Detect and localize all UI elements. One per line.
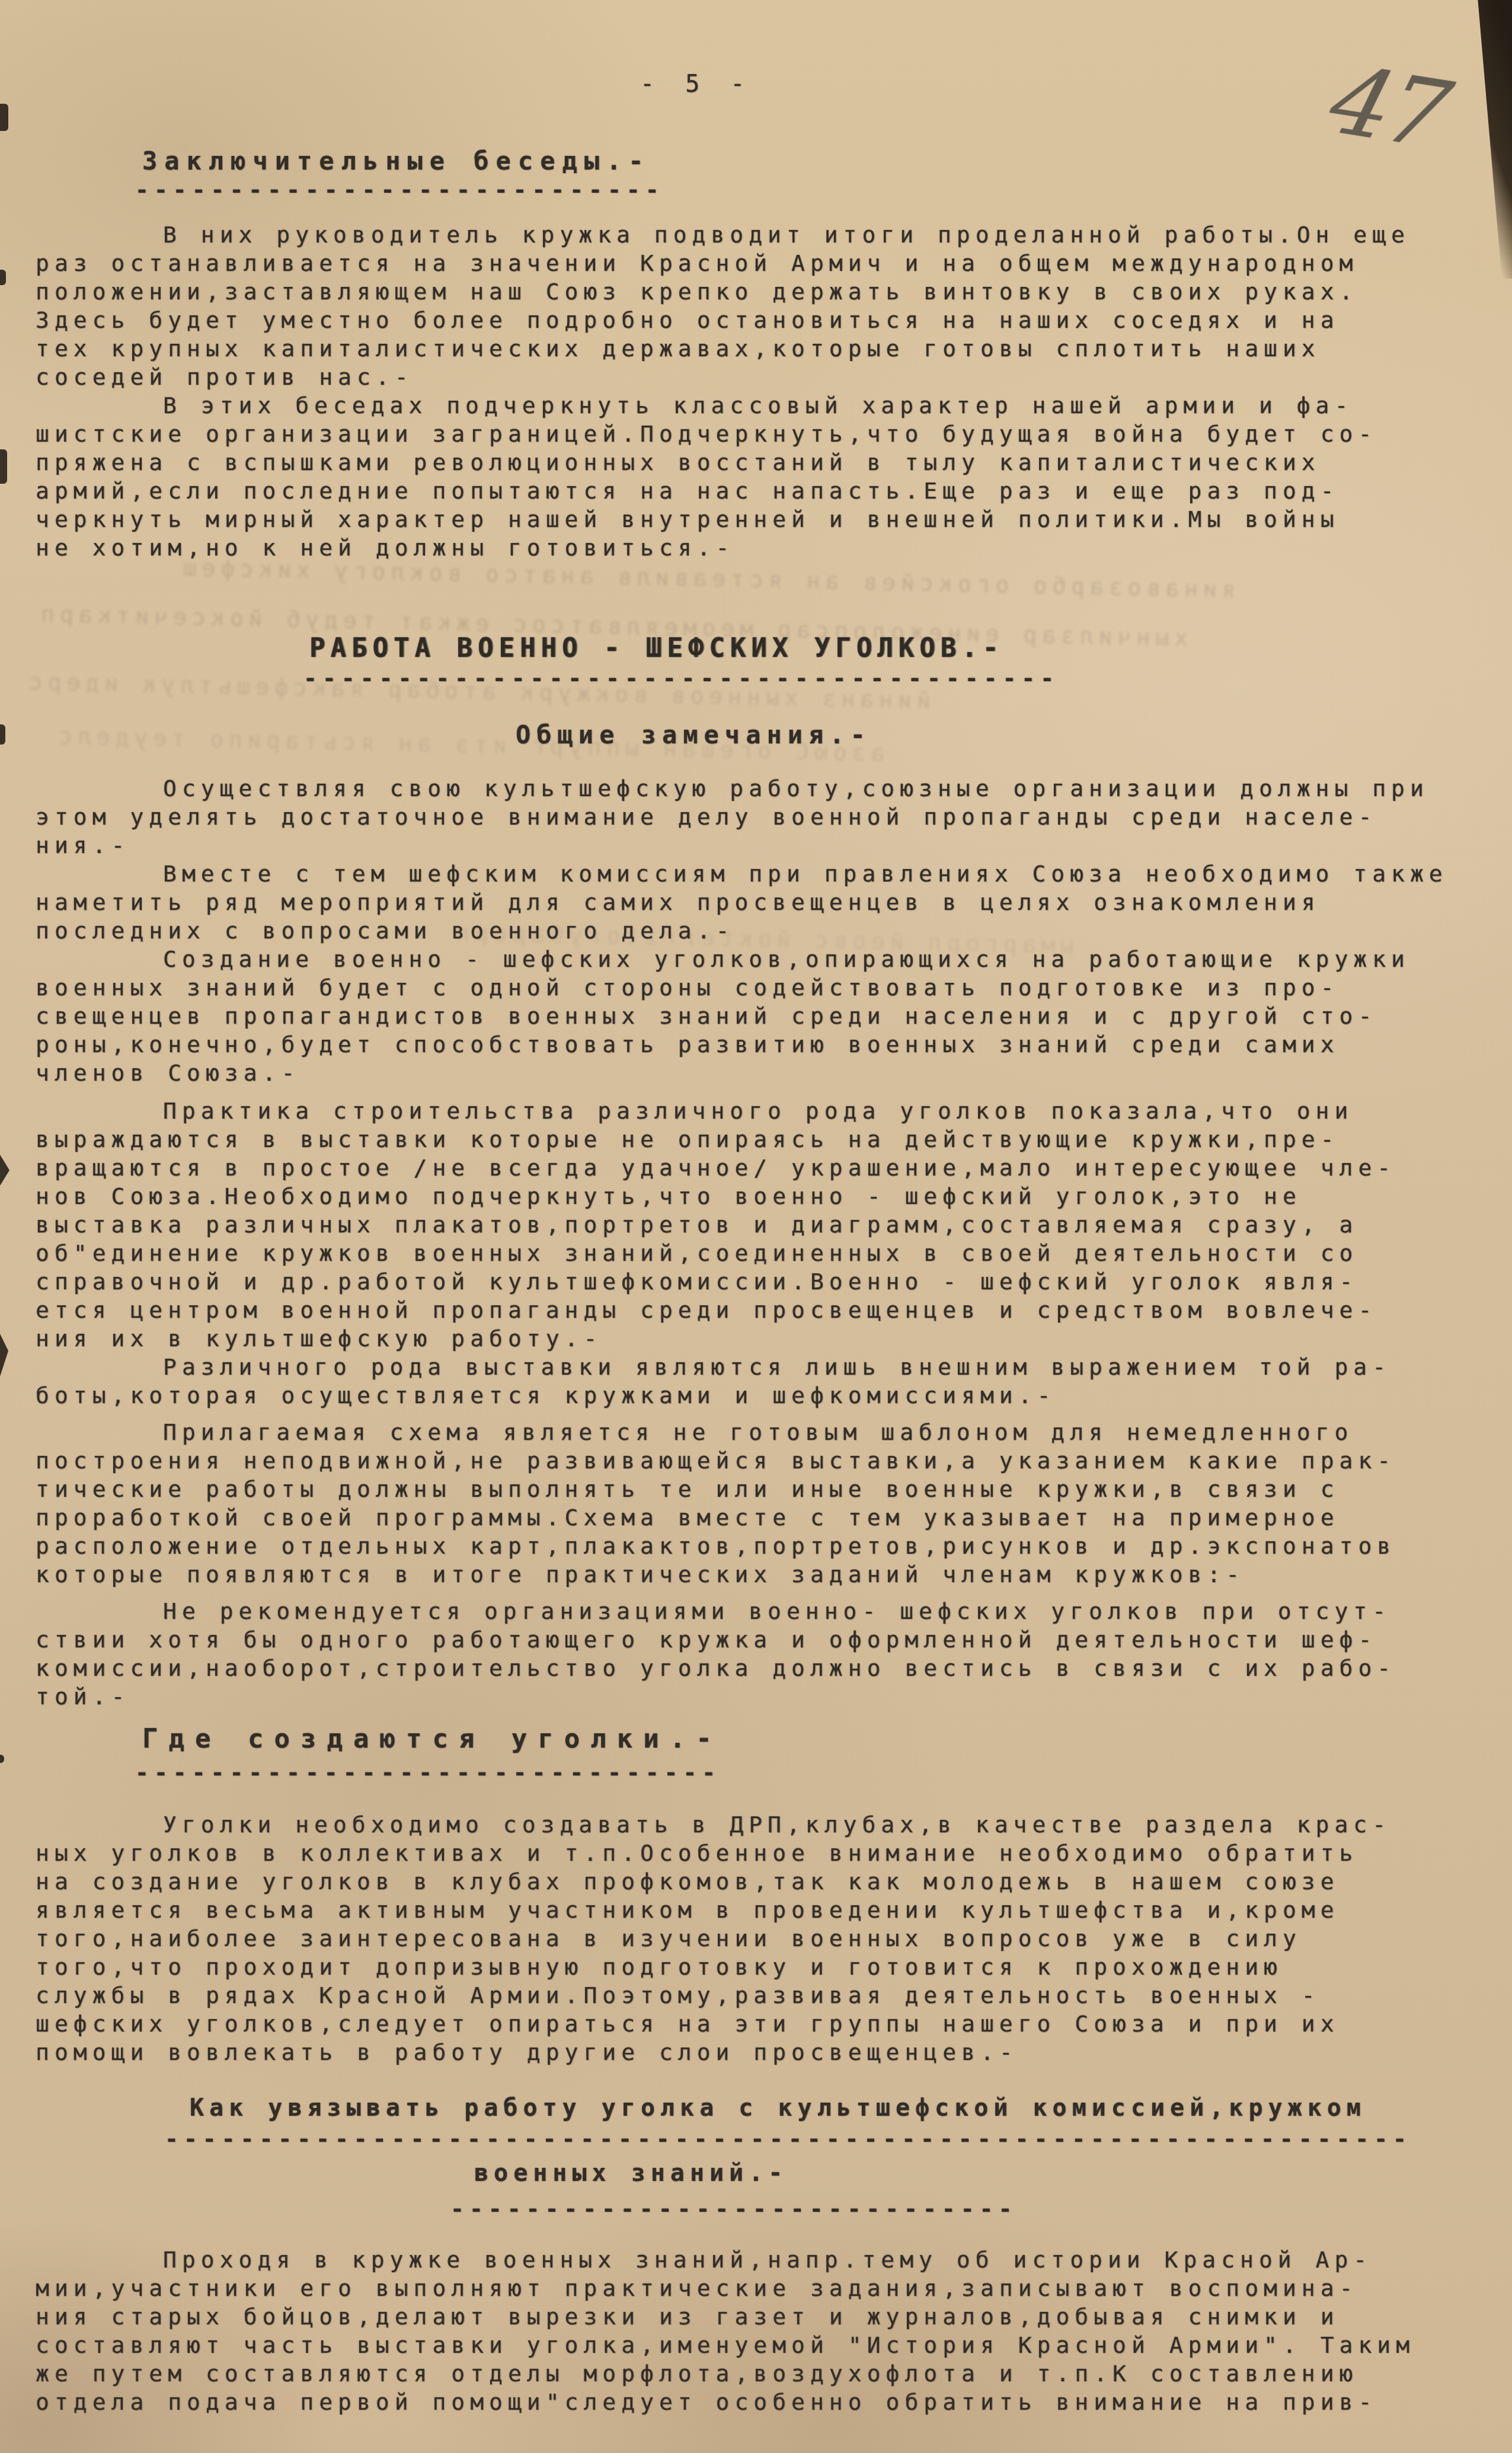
paragraph: Различного рода выставки являются лишь в… <box>36 1353 1494 1410</box>
paragraph: В этих беседах подчеркнуть классовый хар… <box>36 391 1494 562</box>
section-title-final-talks: Заключительные беседы.- <box>142 146 1494 177</box>
paragraph: Вместе с тем шефским комиссиям при правл… <box>36 860 1494 945</box>
paragraph: Уголки необходимо создавать в ДРП,клубах… <box>36 1810 1494 2066</box>
paragraph: В них руководитель кружка подводит итоги… <box>36 221 1494 391</box>
paragraph: Практика строительства различного рода у… <box>36 1097 1494 1353</box>
dashed-rule: ----------------------------------------… <box>165 2126 1494 2152</box>
subsection-title-how-link-line1: Как увязывать работу уголка с культшефск… <box>190 2093 1494 2123</box>
dashed-rule: ---------------------------- <box>135 177 1494 203</box>
paragraph: Проходя в кружке военных знаний,напр.тем… <box>36 2246 1494 2416</box>
subsection-title-how-link-line2: военных знаний.- <box>474 2158 1494 2189</box>
typewritten-content: - 5 - Заключительные беседы.- ----------… <box>0 70 1512 2416</box>
dashed-rule: ------------------------------- <box>135 1759 1494 1786</box>
paragraph: Создание военно - шефских уголков,опираю… <box>36 945 1494 1087</box>
paragraph: Осуществляя свою культшефскую работу,сою… <box>36 774 1494 860</box>
subsection-title-where-corners: Где создаются уголки.- <box>142 1723 1494 1756</box>
paragraph: Прилагаемая схема является не готовым ша… <box>36 1418 1494 1589</box>
scanned-document-page: яинавозарбо огоксйев ан ястеавилв анатсо… <box>0 0 1512 2453</box>
dashed-rule: ---------------------------------------- <box>303 665 1494 691</box>
section-title-military-patron-corners: РАБОТА ВОЕННО - ШЕФСКИХ УГОЛКОВ.- <box>309 632 1494 665</box>
page-number: - 5 - <box>640 70 1494 98</box>
paragraph: Не рекомендуется организациями военно- ш… <box>36 1597 1494 1711</box>
subsection-title-general-remarks: Общие замечания.- <box>516 720 1494 750</box>
dashed-rule: ------------------------------ <box>450 2196 1494 2222</box>
